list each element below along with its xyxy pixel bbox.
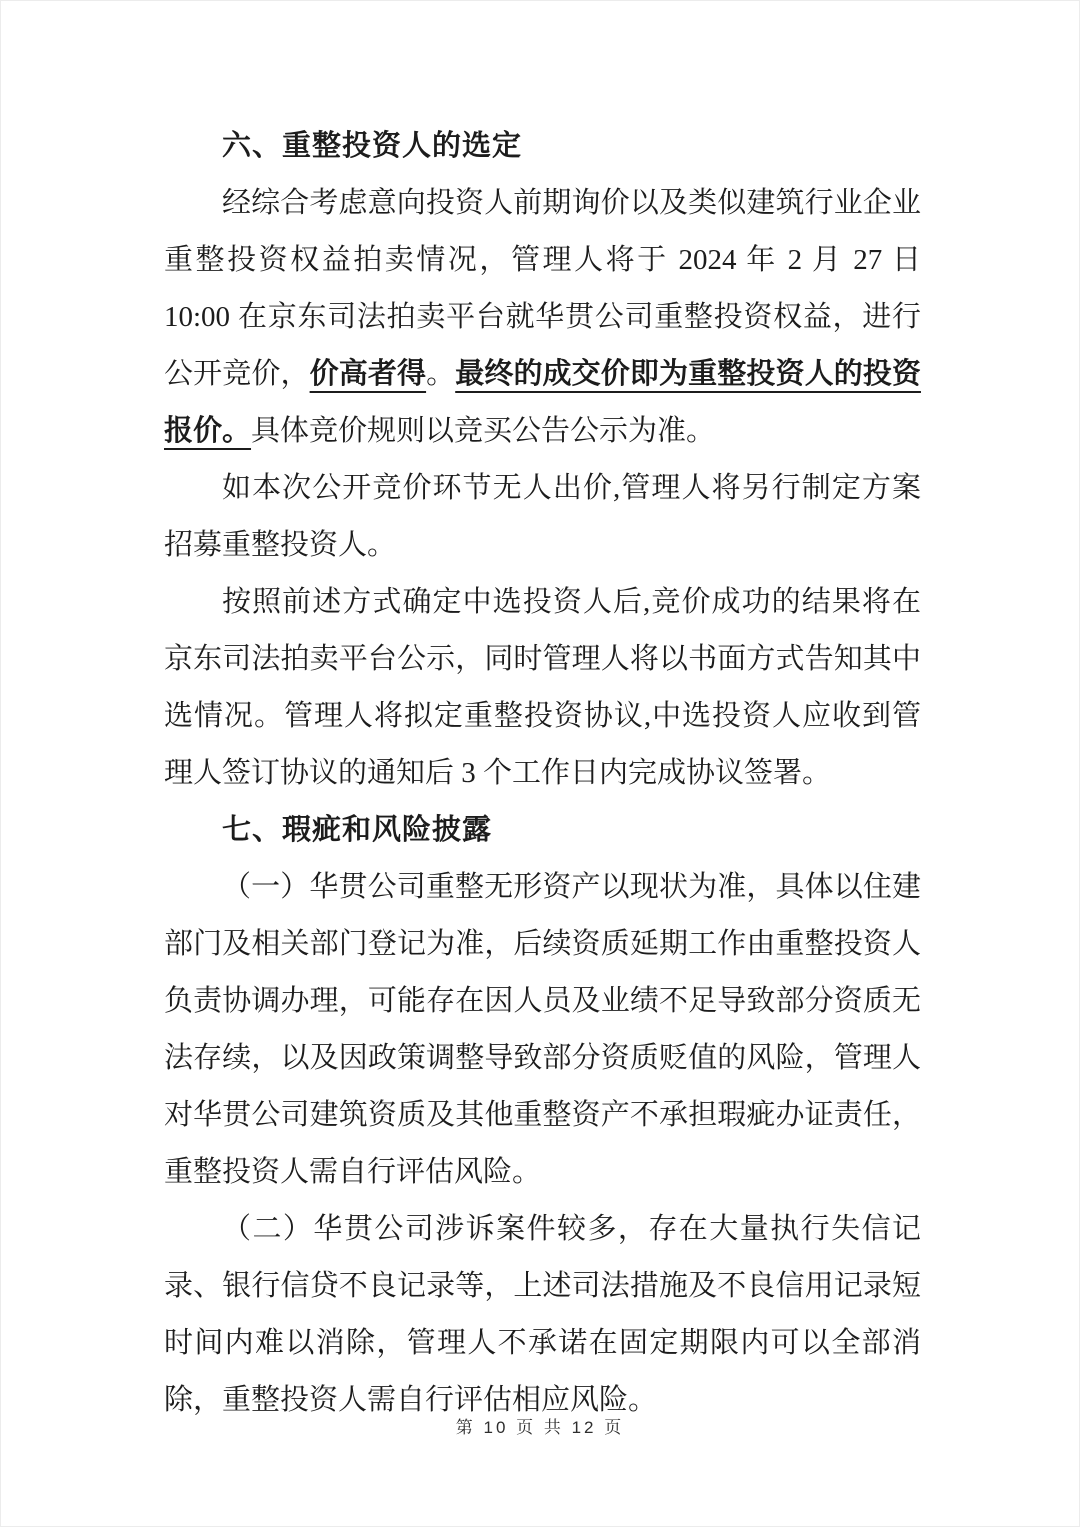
paragraph-no-bidders: 如本次公开竞价环节无人出价,管理人将另行制定方案招募重整投资人。: [164, 460, 921, 574]
paragraph-selection-result: 按照前述方式确定中选投资人后,竞价成功的结果将在京东司法拍卖平台公示，同时管理人…: [164, 574, 921, 802]
text-run: 具体竞价规则以竞买公告公示为准。: [251, 415, 715, 447]
text-run-period: 。: [426, 358, 455, 390]
paragraph-auction-plan: 经综合考虑意向投资人前期询价以及类似建筑行业企业重整投资权益拍卖情况，管理人将于…: [164, 175, 921, 460]
section-heading-6: 六、重整投资人的选定: [164, 118, 921, 175]
paragraph-risk-1: （一）华贯公司重整无形资产以现状为准，具体以住建部门及相关部门登记为准，后续资质…: [164, 859, 921, 1201]
section-heading-7: 七、瑕疵和风险披露: [164, 802, 921, 859]
paragraph-risk-2: （二）华贯公司涉诉案件较多，存在大量执行失信记录、银行信贷不良记录等，上述司法措…: [164, 1201, 921, 1429]
text-run-highest-bidder: 价高者得: [310, 358, 426, 390]
page-number-footer: 第 10 页 共 12 页: [1, 1413, 1079, 1438]
document-body: 六、重整投资人的选定 经综合考虑意向投资人前期询价以及类似建筑行业企业重整投资权…: [164, 118, 921, 1429]
document-page: 六、重整投资人的选定 经综合考虑意向投资人前期询价以及类似建筑行业企业重整投资权…: [0, 0, 1080, 1527]
